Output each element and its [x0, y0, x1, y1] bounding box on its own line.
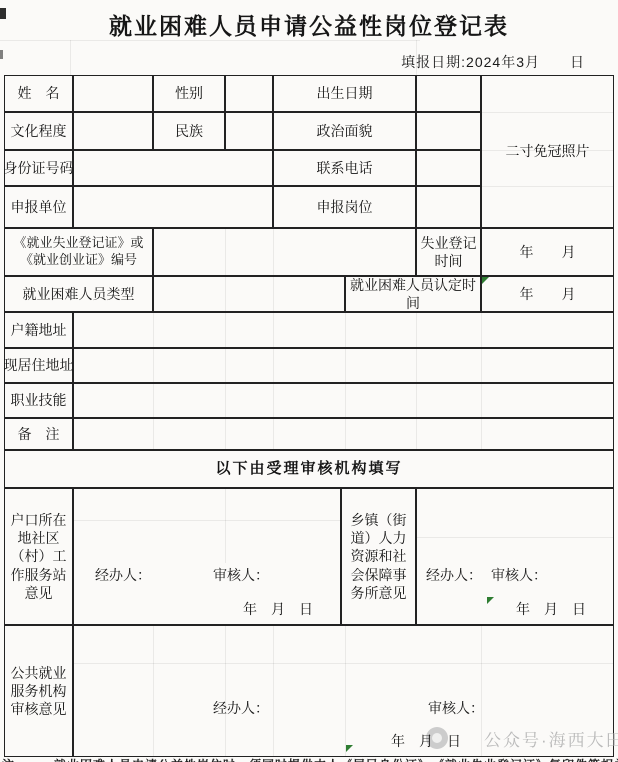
unemploy-reg-time-label: 失业登记 时间 — [416, 228, 481, 276]
name-label: 姓 名 — [4, 75, 73, 112]
cert-number-value-cell — [153, 228, 416, 276]
scan-artifact — [0, 50, 3, 59]
difficulty-type-label: 就业困难人员类型 — [4, 276, 153, 312]
excel-marker-triangle — [482, 277, 489, 284]
ethnicity-label: 民族 — [153, 112, 225, 150]
faint-gridline — [153, 313, 154, 449]
faint-gridline — [273, 626, 274, 756]
page-title: 就业困难人员申请公益性岗位登记表 — [0, 8, 618, 41]
faint-gridline — [225, 489, 226, 563]
difficulty-type-value-cell — [153, 276, 345, 312]
declare-post-label: 申报岗位 — [273, 186, 416, 228]
cert-number-label: 《就业失业登记证》或 《就业创业证》编号 — [4, 228, 153, 276]
review-section-title: 以下由受理审核机构填写 — [4, 450, 614, 488]
faint-gridline — [74, 520, 340, 521]
reviewer-label: 审核人： — [491, 565, 547, 585]
faint-gridline — [482, 112, 613, 113]
operator-label: 经办人： — [213, 698, 269, 718]
fill-date: 填报日期:2024年3月 日 — [401, 52, 585, 72]
faint-gridline — [345, 626, 346, 756]
birth-date-label: 出生日期 — [273, 75, 416, 112]
faint-gridline — [481, 313, 482, 449]
date-ymd: 年 月 日 — [243, 599, 313, 619]
faint-gridline — [225, 229, 226, 449]
faint-gridline — [482, 150, 613, 151]
agency-opinion-label: 公共就业 服务机构 审核意见 — [4, 625, 73, 757]
date-ymd: 年 月 日 — [391, 731, 461, 751]
operator-label: 经办人： — [95, 565, 151, 585]
unemploy-reg-time-value-cell: 年 月 — [481, 228, 614, 276]
faint-gridline — [74, 663, 613, 664]
excel-marker-triangle — [346, 745, 353, 752]
difficulty-confirm-time-label: 就业困难人员认定时间 — [345, 276, 481, 312]
watermark-text: 公众号·海西大田 — [484, 726, 618, 751]
education-value-cell — [73, 112, 153, 150]
gender-value-cell — [225, 75, 273, 112]
faint-gridline — [481, 626, 482, 756]
education-label: 文化程度 — [4, 112, 73, 150]
name-value-cell — [73, 75, 153, 112]
reviewer-label: 审核人： — [428, 698, 484, 718]
faint-gridline — [416, 40, 417, 75]
declare-unit-value-cell — [73, 186, 273, 228]
faint-gridline — [416, 313, 417, 449]
political-status-label: 政治面貌 — [273, 112, 416, 150]
vocational-skill-label: 职业技能 — [4, 383, 73, 418]
reviewer-label: 审核人： — [213, 565, 269, 585]
vocational-skill-value-cell — [73, 383, 614, 418]
household-addr-label: 户籍地址 — [4, 312, 73, 348]
remarks-label: 备 注 — [4, 418, 73, 450]
faint-gridline — [0, 40, 420, 41]
scan-artifact — [0, 8, 6, 19]
faint-gridline — [70, 40, 71, 75]
faint-gridline — [273, 229, 274, 449]
excel-marker-triangle — [487, 597, 494, 604]
date-ymd: 年 月 日 — [516, 599, 586, 619]
community-opinion-label: 户口所在 地社区 （村）工 作服务站 意见 — [4, 488, 73, 625]
current-addr-value-cell — [73, 348, 614, 383]
faint-gridline — [225, 626, 226, 756]
faint-gridline — [153, 626, 154, 756]
clipped-note-text: 注：一、就业困难人员申请公益性岗位时，须同时提供本人《居民身份证》、《就业失业登… — [2, 756, 618, 762]
faint-gridline — [345, 313, 346, 449]
remarks-value-cell — [73, 418, 614, 450]
political-status-value-cell — [416, 112, 481, 150]
id-number-value-cell — [73, 150, 273, 186]
current-addr-label: 现居住地址 — [4, 348, 73, 383]
photo-cell: 二寸免冠照片 — [481, 75, 614, 228]
faint-gridline — [482, 186, 613, 187]
faint-gridline — [417, 537, 613, 538]
township-opinion-label: 乡镇（街 道）人力 资源和社 会保障事 务所意见 — [341, 488, 416, 625]
phone-label: 联系电话 — [273, 150, 416, 186]
difficulty-confirm-time-value-cell: 年 月 — [481, 276, 614, 312]
gender-label: 性别 — [153, 75, 225, 112]
declare-post-value-cell — [416, 186, 481, 228]
declare-unit-label: 申报单位 — [4, 186, 73, 228]
birth-date-value-cell — [416, 75, 481, 112]
ethnicity-value-cell — [225, 112, 273, 150]
form-page: 就业困难人员申请公益性岗位登记表 填报日期:2024年3月 日 姓 名 性别 出… — [0, 0, 618, 762]
phone-value-cell — [416, 150, 481, 186]
operator-label: 经办人： — [426, 565, 482, 585]
id-number-label: 身份证号码 — [4, 150, 73, 186]
household-addr-value-cell — [73, 312, 614, 348]
